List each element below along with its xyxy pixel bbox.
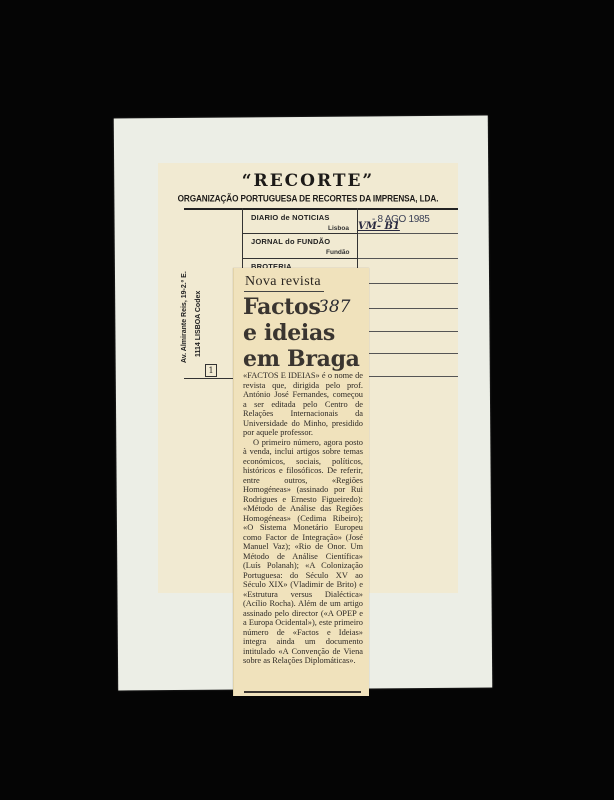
clipping-bottom-rule xyxy=(244,691,361,693)
headline-line: em Braga xyxy=(243,346,360,372)
headline-line: e ideias xyxy=(243,320,360,346)
newspaper-clipping: Nova revista Factos e ideias em Braga 38… xyxy=(233,268,369,696)
publication-name: DIARIO de NOTICIAS xyxy=(251,213,330,222)
entry-line xyxy=(368,308,458,309)
table-row-rule xyxy=(242,258,358,259)
article-paragraph: O primeiro número, agora posto à venda, … xyxy=(243,438,363,666)
publication-city: Fundão xyxy=(326,249,349,256)
publication-name: JORNAL do FUNDÃO xyxy=(251,237,330,246)
address-block: Av. Almirante Reis, 19-2.º E. 1114 LISBO… xyxy=(178,271,206,363)
header-rule xyxy=(184,208,458,210)
entry-line xyxy=(358,258,458,259)
entry-line xyxy=(368,376,458,377)
address-line: Av. Almirante Reis, 19-2.º E. xyxy=(178,271,192,363)
table-row-rule xyxy=(242,233,358,234)
entry-line xyxy=(358,233,458,234)
article-body: «FACTOS E IDEIAS» é o nome de revista qu… xyxy=(243,371,363,666)
entry-line xyxy=(368,353,458,354)
handwritten-code: VM- B1 xyxy=(358,221,400,232)
article-paragraph: «FACTOS E IDEIAS» é o nome de revista qu… xyxy=(243,371,363,438)
card-title: “RECORTE” xyxy=(158,171,458,191)
box-number: 1 xyxy=(205,364,217,377)
card-subtitle: ORGANIZAÇÃO PORTUGUESA DE RECORTES DA IM… xyxy=(158,193,458,203)
handwritten-archive-number: 387 xyxy=(318,297,350,317)
publication-city: Lisboa xyxy=(328,225,349,232)
bottom-rule xyxy=(184,378,234,379)
address-line: 1114 LISBOA Codex xyxy=(192,271,206,363)
entry-line xyxy=(368,331,458,332)
kicker-rule xyxy=(244,291,324,292)
kicker: Nova revista xyxy=(245,274,321,290)
